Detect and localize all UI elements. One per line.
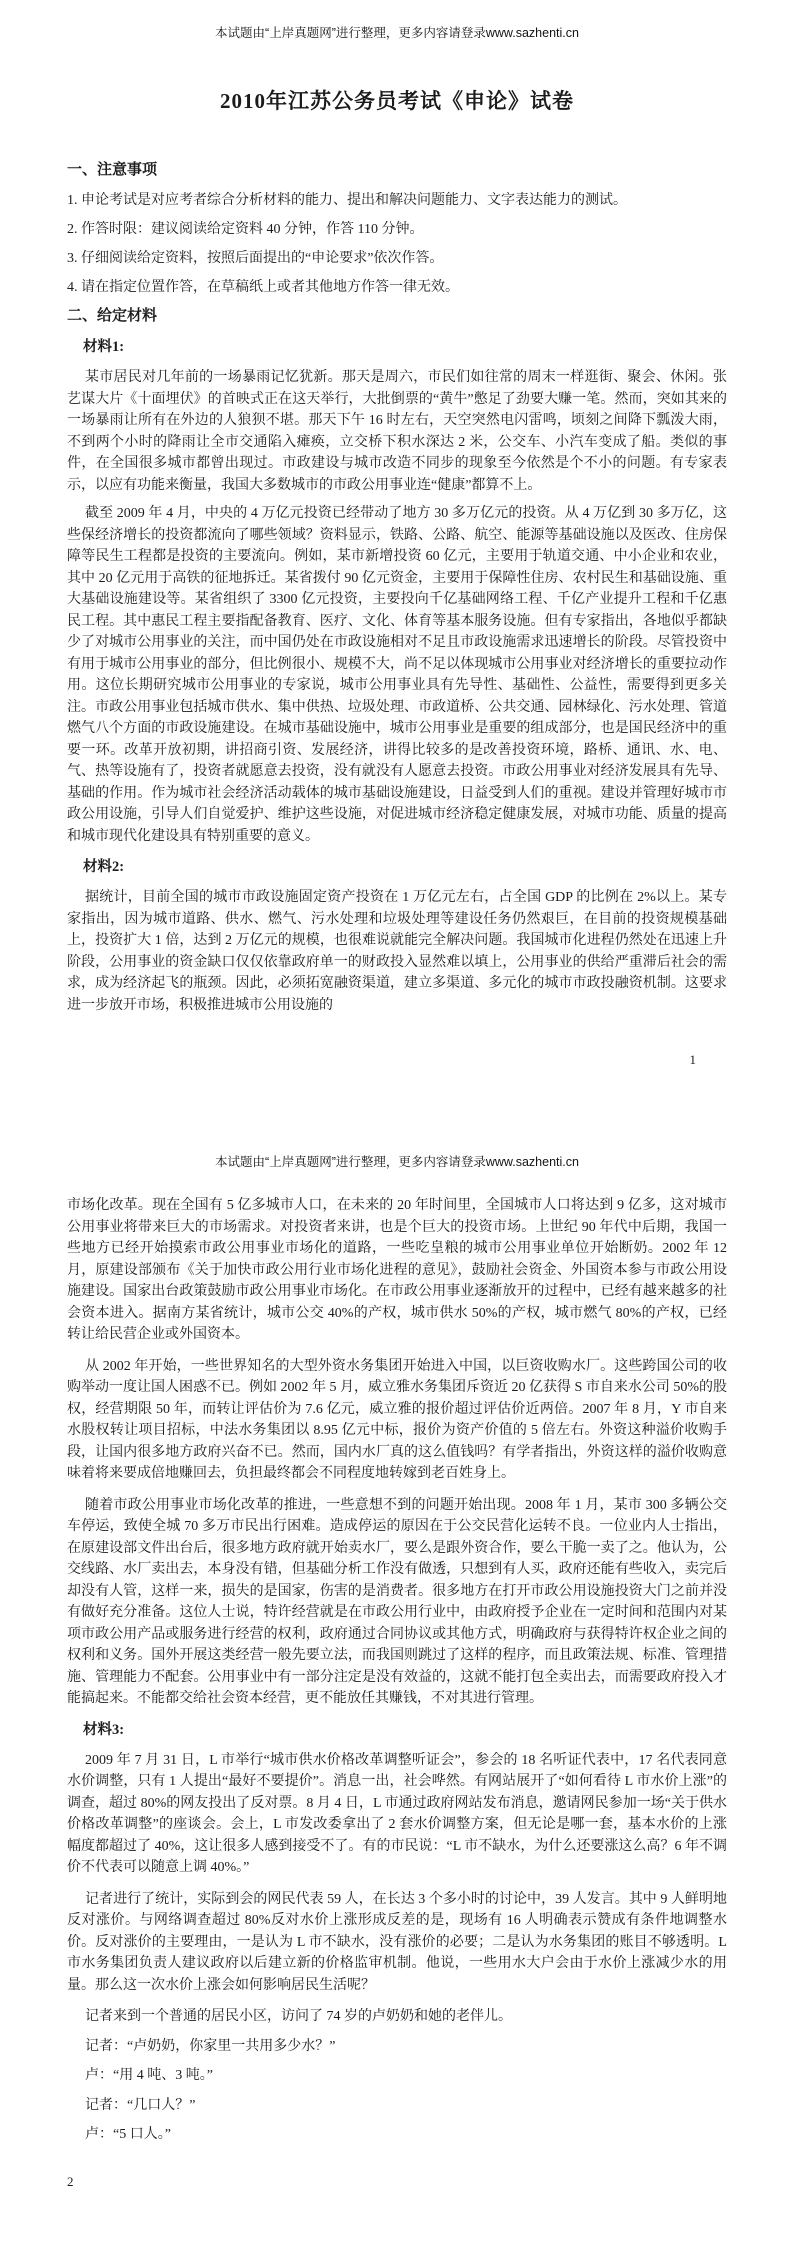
material-3-paragraph-1: 2009 年 7 月 31 日，L 市举行“城市供水价格改革调整听证会”，参会的… — [67, 1750, 727, 1879]
notice-item-3: 3. 仔细阅读给定资料，按照后面提出的“申论要求”依次作答。 — [67, 248, 727, 269]
page-header: 本试题由“上岸真题网”进行整理，更多内容请登录www.sazhenti.cn — [67, 1154, 727, 1171]
material-2-heading: 材料2: — [67, 857, 727, 878]
material-2-paragraph-1-part-1: 据统计，目前全国的城市市政设施固定资产投资在 1 万亿元左右，占全国 GDP 的… — [67, 887, 727, 1016]
material-1-paragraph-1: 某市居民对几年前的一场暴雨记忆犹新。那天是周六，市民们如往常的周末一样逛街、聚会… — [67, 367, 727, 496]
material-3-heading: 材料3: — [67, 1720, 727, 1741]
notice-item-1: 1. 申论考试是对应考者综合分析材料的能力、提出和解决问题能力、文字表达能力的测… — [67, 190, 727, 211]
page-number-1: 1 — [690, 1052, 697, 1068]
material-1-heading: 材料1: — [67, 337, 727, 358]
material-3-paragraph-2: 记者进行了统计，实际到会的网民代表 59 人，在长达 3 个多小时的讨论中，39… — [67, 1889, 727, 1997]
notice-item-2: 2. 作答时限：建议阅读给定资料 40 分钟，作答 110 分钟。 — [67, 219, 727, 240]
page-number-2: 2 — [67, 2174, 74, 2190]
material-3-paragraph-3: 记者来到一个普通的居民小区，访问了 74 岁的卢奶奶和她的老伴儿。 — [67, 2006, 727, 2028]
dialog-line-1: 记者：“卢奶奶，你家里一共用多少水？” — [67, 2036, 727, 2058]
page-header: 本试题由“上岸真题网”进行整理，更多内容请登录www.sazhenti.cn — [67, 25, 727, 42]
document: 本试题由“上岸真题网”进行整理，更多内容请登录www.sazhenti.cn 2… — [0, 0, 794, 2244]
dialog-line-2: 卢：“用 4 吨、3 吨。” — [67, 2065, 727, 2087]
section-heading-materials: 二、给定材料 — [67, 306, 727, 327]
material-1-paragraph-2: 截至 2009 年 4 月，中央的 4 万亿元投资已经带动了地方 30 多万亿元… — [67, 503, 727, 847]
page-2: 本试题由“上岸真题网”进行整理，更多内容请登录www.sazhenti.cn 市… — [0, 1122, 794, 2244]
document-title: 2010年江苏公务员考试《申论》试卷 — [67, 86, 727, 116]
dialog-line-3: 记者：“几口人？” — [67, 2095, 727, 2117]
material-2-paragraph-3: 随着市政公用事业市场化改革的推进，一些意想不到的问题开始出现。2008 年 1 … — [67, 1495, 727, 1710]
notice-item-4: 4. 请在指定位置作答，在草稿纸上或者其他地方作答一律无效。 — [67, 277, 727, 298]
section-heading-notice: 一、注意事项 — [67, 160, 727, 181]
material-2-paragraph-2: 从 2002 年开始，一些世界知名的大型外资水务集团开始进入中国，以巨资收购水厂… — [67, 1356, 727, 1485]
dialog-line-4: 卢：“5 口人。” — [67, 2124, 727, 2146]
material-2-paragraph-1-part-2: 市场化改革。现在全国有 5 亿多城市人口，在未来的 20 年时间里，全国城市人口… — [67, 1195, 727, 1346]
page-1: 本试题由“上岸真题网”进行整理，更多内容请登录www.sazhenti.cn 2… — [0, 0, 794, 1122]
